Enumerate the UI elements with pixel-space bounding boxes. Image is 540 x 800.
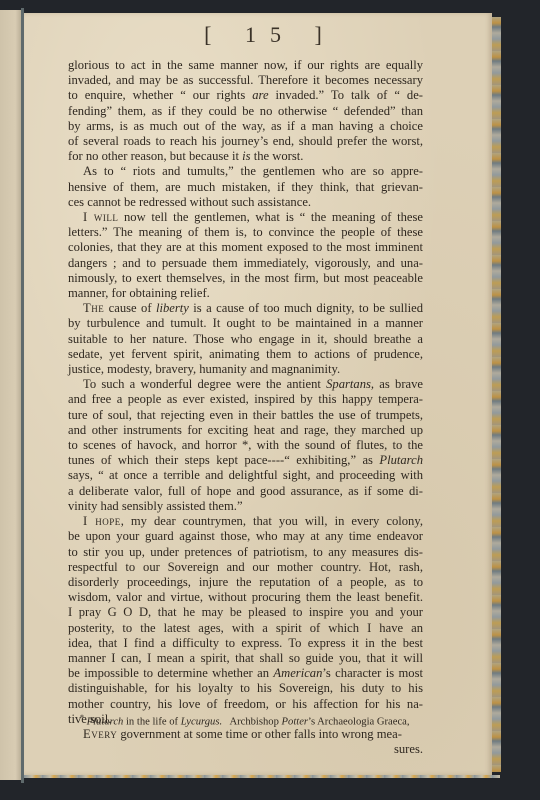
footnote-scholar: Potter xyxy=(282,717,308,728)
footnote: * Plutarch in the life of Lycurgus. Arch… xyxy=(80,713,425,728)
text-line: to enquire, whether “ our rights are inv… xyxy=(68,88,423,103)
body-text: glorious to act in the same manner now, … xyxy=(68,58,423,757)
text-line: by turbulence and tumult. It ought to be… xyxy=(68,316,423,331)
line-text: respectful to our Sovereign and our moth… xyxy=(68,560,423,574)
line-text: , my dear countrymen, that you will, in … xyxy=(121,514,423,528)
line-text: of several roads to reach his journey’s … xyxy=(68,134,423,148)
text-line: be impossible to determine whether an Am… xyxy=(68,666,423,681)
text-line: I hope, my dear countrymen, that you wil… xyxy=(68,514,423,529)
line-text: ces cannot be redressed without such ass… xyxy=(68,195,311,209)
line-text: wisdom, valor and virtue, without procur… xyxy=(68,590,423,604)
text-line: and free a people as ever existed, inspi… xyxy=(68,392,423,407)
line-text: cause of xyxy=(104,301,156,315)
text-line: dangers ; and to persuade them immediate… xyxy=(68,256,423,271)
line-text: and free a people as ever existed, inspi… xyxy=(68,392,423,406)
line-text: letters.” The meaning of them is, to con… xyxy=(68,225,423,239)
text-line: invaded, and may be as successful. There… xyxy=(68,73,423,88)
text-line: by arms, is as much out of the way, as i… xyxy=(68,119,423,134)
line-text: vinity had sensibly assisted them.” xyxy=(68,499,243,513)
text-line: distinguishable, for his loyalty to his … xyxy=(68,681,423,696)
italic-word: is xyxy=(242,149,250,163)
text-line: As to “ riots and tumults,” the gentleme… xyxy=(68,164,423,179)
text-line: sedate, yet fervent spirit, animating th… xyxy=(68,347,423,362)
footnote-mark: * xyxy=(80,713,84,722)
footnote-subject: Lycurgus. xyxy=(181,717,222,728)
text-line: glorious to act in the same manner now, … xyxy=(68,58,423,73)
text-line: to stir you up, under pretences of patri… xyxy=(68,545,423,560)
line-text: by turbulence and tumult. It ought to be… xyxy=(68,316,423,330)
line-text: sures. xyxy=(394,742,423,756)
line-text: as brave xyxy=(374,377,423,391)
text-line: tunes of which their steps kept pace----… xyxy=(68,453,423,468)
line-text: ’s character is most xyxy=(322,666,423,680)
line-text: government at some time or other falls i… xyxy=(117,727,402,741)
line-text: colonies, that they are at this moment e… xyxy=(68,240,423,254)
line-text: by arms, is as much out of the way, as i… xyxy=(68,119,423,133)
line-text: to enquire, whether “ our rights xyxy=(68,88,252,102)
line-text: justice, modesty, bravery, humanity and … xyxy=(68,362,340,376)
text-line: and other instruments for exciting heat … xyxy=(68,423,423,438)
text-line: I pray G O D, that he may be pleased to … xyxy=(68,605,423,620)
line-text: invaded, and may be as successful. There… xyxy=(68,73,423,87)
line-text: now tell the gentlemen, what is “ the me… xyxy=(118,210,423,224)
text-line: fending” them, as if they could be no ot… xyxy=(68,104,423,119)
line-text: for no other reason, but because it xyxy=(68,149,242,163)
line-text: sedate, yet fervent spirit, animating th… xyxy=(68,347,423,361)
text-line: a deliberate valor, full of hope and goo… xyxy=(68,484,423,499)
line-text: idea, that I find a difficulty to expres… xyxy=(68,636,423,650)
line-text: hensive of them, are much mistaken, if t… xyxy=(68,180,423,194)
line-text: posterity, to the latest ages, with a sp… xyxy=(68,621,423,635)
italic-word: Spartans, xyxy=(326,377,374,391)
line-text: a deliberate valor, full of hope and goo… xyxy=(68,484,423,498)
line-text: be impossible to determine whether an xyxy=(68,666,273,680)
line-text: To such a wonderful degree were the anti… xyxy=(83,377,326,391)
text-line: of several roads to reach his journey’s … xyxy=(68,134,423,149)
text-line: colonies, that they are at this moment e… xyxy=(68,240,423,255)
italic-word: Plutarch xyxy=(379,453,423,467)
marbled-page-edge xyxy=(492,17,501,772)
text-line: manner, for obtaining relief. xyxy=(68,286,423,301)
text-line: to scenes of havock, and horror *, with … xyxy=(68,438,423,453)
line-text: distinguishable, for his loyalty to his … xyxy=(68,681,423,695)
line-text: fending” them, as if they could be no ot… xyxy=(68,104,423,118)
italic-word: are xyxy=(252,88,268,102)
line-text: be upon your guard against those, who ma… xyxy=(68,529,423,543)
line-text: says, “ at once a terrible and delightfu… xyxy=(68,468,423,482)
paragraph-lead-word: I will xyxy=(83,210,118,224)
line-text: disorderly proceedings, injure the reput… xyxy=(68,575,423,589)
text-line: letters.” The meaning of them is, to con… xyxy=(68,225,423,240)
text-line: suitable to her nature. Those who engage… xyxy=(68,332,423,347)
line-text: is a cause of too much dignity, to be su… xyxy=(189,301,423,315)
line-text: ture of soul, that rejecting even in the… xyxy=(68,408,423,422)
text-line: sures. xyxy=(68,742,423,757)
footnote-text: ’s Archaeologia Graeca, xyxy=(308,717,409,728)
text-line: wisdom, valor and virtue, without procur… xyxy=(68,590,423,605)
footnote-text: Archbishop xyxy=(222,717,281,728)
text-line: says, “ at once a terrible and delightfu… xyxy=(68,468,423,483)
text-line: Every government at some time or other f… xyxy=(68,727,423,742)
text-line: idea, that I find a difficulty to expres… xyxy=(68,636,423,651)
line-text: to scenes of havock, and horror *, with … xyxy=(68,438,423,452)
line-text: invaded.” To talk of “ de- xyxy=(269,88,423,102)
line-text: manner I can, I mean a spirit, that shal… xyxy=(68,651,423,665)
text-line: disorderly proceedings, injure the reput… xyxy=(68,575,423,590)
line-text: As to “ riots and tumults,” the gentleme… xyxy=(83,164,423,178)
italic-word: liberty xyxy=(156,301,189,315)
page-number: [ 15 ] xyxy=(0,22,540,48)
paragraph-lead-word: Every xyxy=(83,727,117,741)
text-line: hensive of them, are much mistaken, if t… xyxy=(68,180,423,195)
text-line: be upon your guard against those, who ma… xyxy=(68,529,423,544)
line-text: I pray G O D, that he may be pleased to … xyxy=(68,605,423,619)
text-line: for no other reason, but because it is t… xyxy=(68,149,423,164)
text-line: To such a wonderful degree were the anti… xyxy=(68,377,423,392)
text-line: ture of soul, that rejecting even in the… xyxy=(68,408,423,423)
line-text: dangers ; and to persuade them immediate… xyxy=(68,256,423,270)
text-line: mother country, his love of freedom, or … xyxy=(68,697,423,712)
text-line: ces cannot be redressed without such ass… xyxy=(68,195,423,210)
footnote-author: Plutarch xyxy=(87,717,124,728)
paragraph-lead-word: The xyxy=(83,301,104,315)
text-line: respectful to our Sovereign and our moth… xyxy=(68,560,423,575)
paragraph-lead-word: I hope xyxy=(83,514,121,528)
footnote-text: in the life of xyxy=(123,717,180,728)
line-text: tunes of which their steps kept pace----… xyxy=(68,453,379,467)
line-text: the worst. xyxy=(251,149,304,163)
line-text: glorious to act in the same manner now, … xyxy=(68,58,423,72)
text-line: nimously, to exert themselves, in the mo… xyxy=(68,271,423,286)
text-line: justice, modesty, bravery, humanity and … xyxy=(68,362,423,377)
line-text: suitable to her nature. Those who engage… xyxy=(68,332,423,346)
line-text: mother country, his love of freedom, or … xyxy=(68,697,423,711)
text-line: posterity, to the latest ages, with a sp… xyxy=(68,621,423,636)
facing-page-edge xyxy=(0,10,22,780)
text-line: The cause of liberty is a cause of too m… xyxy=(68,301,423,316)
italic-word: American xyxy=(273,666,322,680)
line-text: to stir you up, under pretences of patri… xyxy=(68,545,423,559)
text-line: I will now tell the gentlemen, what is “… xyxy=(68,210,423,225)
line-text: and other instruments for exciting heat … xyxy=(68,423,423,437)
line-text: nimously, to exert themselves, in the mo… xyxy=(68,271,423,285)
page-bottom-edge xyxy=(24,775,500,778)
line-text: manner, for obtaining relief. xyxy=(68,286,210,300)
text-line: vinity had sensibly assisted them.” xyxy=(68,499,423,514)
text-line: manner I can, I mean a spirit, that shal… xyxy=(68,651,423,666)
